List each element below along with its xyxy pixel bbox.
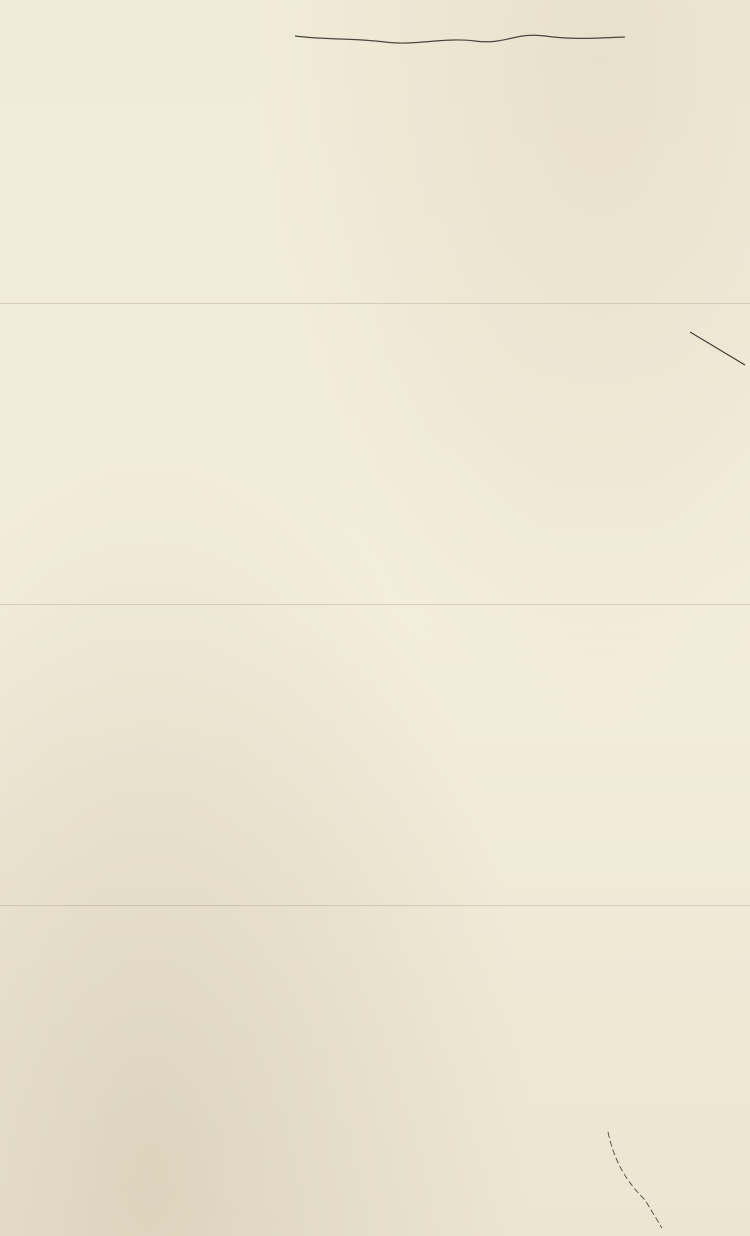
ink-scribble-mark: [295, 28, 625, 48]
typewritten-page: [0, 0, 750, 1236]
paper-fold-line: [0, 303, 750, 304]
paper-fold-line: [0, 905, 750, 906]
paper-fold-line: [0, 604, 750, 605]
margin-pen-stroke: [600, 1130, 670, 1230]
margin-pen-stroke: [690, 330, 750, 370]
